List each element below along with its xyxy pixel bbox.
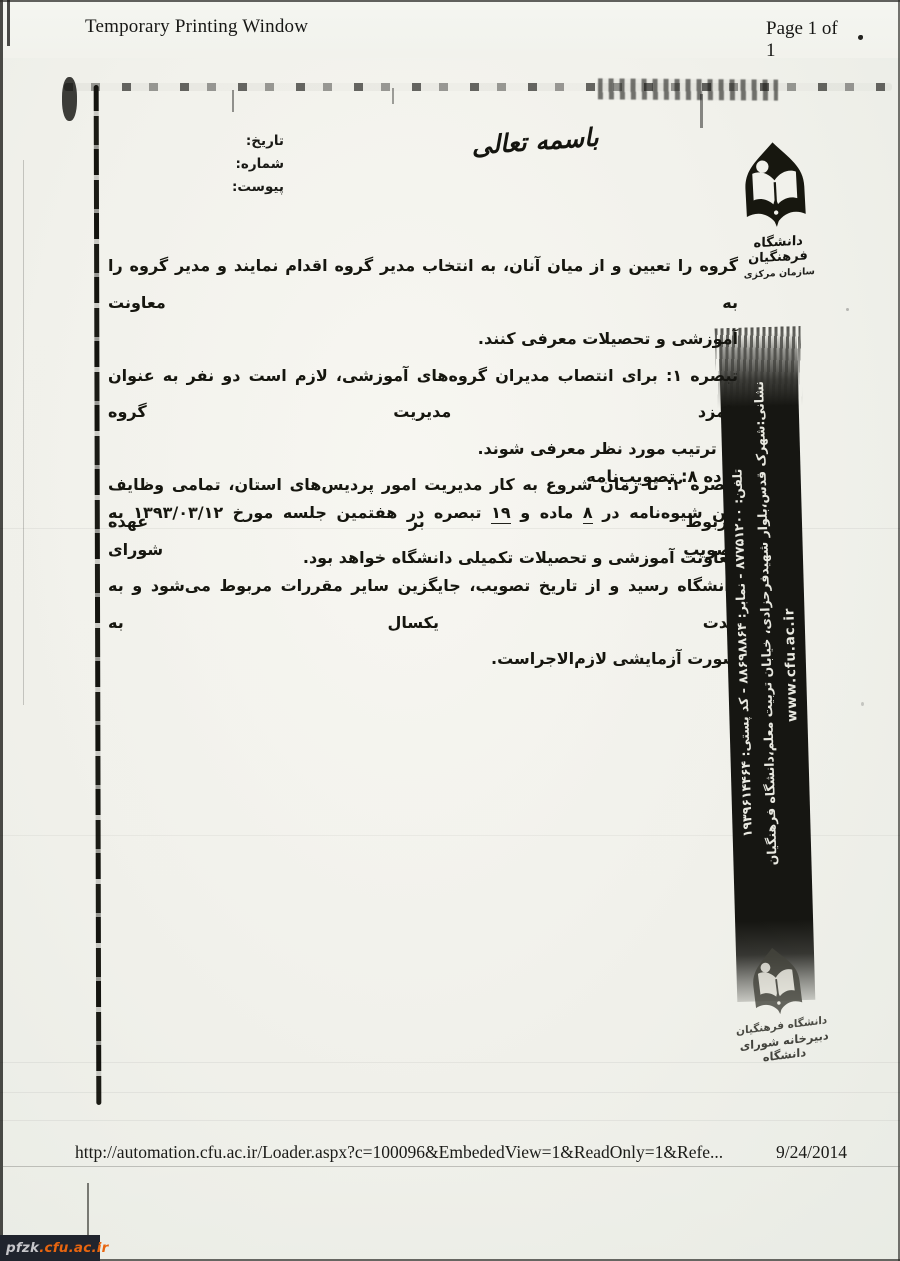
scan-edge-notch xyxy=(7,0,10,46)
print-preview-page: { "window": { "title": "Temporary Printi… xyxy=(0,0,900,1261)
council-stamp: دانشگاه فرهنگیان دبیرخانه شورای دانشگاه xyxy=(705,938,852,1069)
scan-speck xyxy=(861,702,864,706)
university-name: دانشگاه فرهنگیان xyxy=(728,232,828,267)
window-title: Temporary Printing Window xyxy=(85,16,308,38)
footer-url: http://automation.cfu.ac.ir/Loader.aspx?… xyxy=(75,1142,723,1163)
university-logo-icon xyxy=(734,138,815,234)
scan-streak xyxy=(0,1120,900,1121)
body-text-line: دانشگاه رسید و از تاریخ تصویب، جایگزین س… xyxy=(108,568,738,641)
page-indicator: Page 1 of 1 xyxy=(766,18,846,62)
watermark-prefix: pfzk xyxy=(6,1240,39,1256)
number-field-label: شماره: xyxy=(178,153,284,176)
sidebar-black-band: تلفن: ۸۷۷۵۱۲۰۰ - نمابر: ۸۸۶۹۸۸۶۴ - کد پس… xyxy=(719,332,816,1002)
footer-date: 9/24/2014 xyxy=(776,1142,847,1163)
scan-crease-line xyxy=(23,160,24,705)
scan-speck xyxy=(846,308,849,311)
letterhead-fields: تاریخ: شماره: پیوست: xyxy=(178,130,284,199)
underlined-number: ۱۹ xyxy=(491,503,511,524)
sidebar-contact-block: تلفن: ۸۷۷۵۱۲۰۰ - نمابر: ۸۸۶۹۸۸۶۴ - کد پس… xyxy=(720,332,817,999)
body-text-line: این شیوه‌نامه در ۸ ماده و ۱۹ تبصره در هف… xyxy=(108,495,738,568)
body-text-line: صورت آزمایشی لازم‌الاجراست. xyxy=(108,641,738,678)
date-field-label: تاریخ: xyxy=(178,130,284,153)
stamp-logo-icon xyxy=(742,943,810,1022)
underlined-number: ۸ xyxy=(583,503,593,524)
article-8-section: ماده ۸: تصویب‌نامه این شیوه‌نامه در ۸ ما… xyxy=(108,458,738,678)
letterhead-sidebar: تلفن: ۸۷۷۵۱۲۰۰ - نمابر: ۸۸۶۹۸۸۶۴ - کد پس… xyxy=(719,332,818,1002)
scan-streak xyxy=(0,1092,900,1093)
university-logo: دانشگاه فرهنگیان سازمان مرکزی xyxy=(722,137,829,281)
scan-edge-left xyxy=(0,0,3,1261)
scan-noise-drip xyxy=(392,88,394,104)
scan-noise-drip xyxy=(232,90,234,112)
scan-noise-drip xyxy=(700,94,703,128)
bismillah-calligraphy: باسمه تعالی xyxy=(429,120,641,164)
article-8-heading: ماده ۸: تصویب‌نامه xyxy=(108,458,738,495)
body-text-line: گروه را تعیین و از میان آنان، به انتخاب … xyxy=(108,248,738,321)
watermark-badge: pfzk.cfu.ac.ir xyxy=(0,1235,100,1261)
print-footer: http://automation.cfu.ac.ir/Loader.aspx?… xyxy=(75,1142,847,1163)
article-8-text: این شیوه‌نامه در xyxy=(593,503,738,522)
scan-noise-blob xyxy=(62,77,77,121)
scan-speck xyxy=(858,35,863,40)
watermark-suffix: .cfu.ac.ir xyxy=(39,1240,108,1256)
footer-rule xyxy=(0,1166,900,1167)
body-text-line: تبصره ۱: برای انتصاب مدیران گروه‌های آمو… xyxy=(108,358,738,431)
scan-edge-top xyxy=(0,0,900,2)
scan-fold-line xyxy=(94,85,102,1105)
article-8-text: ماده و xyxy=(511,503,583,522)
attachment-field-label: پیوست: xyxy=(178,176,284,199)
body-text-line: آموزشی و تحصیلات معرفی کنند. xyxy=(108,321,738,358)
scan-noise-patch xyxy=(598,78,778,100)
central-org-name: سازمان مرکزی xyxy=(729,265,829,281)
